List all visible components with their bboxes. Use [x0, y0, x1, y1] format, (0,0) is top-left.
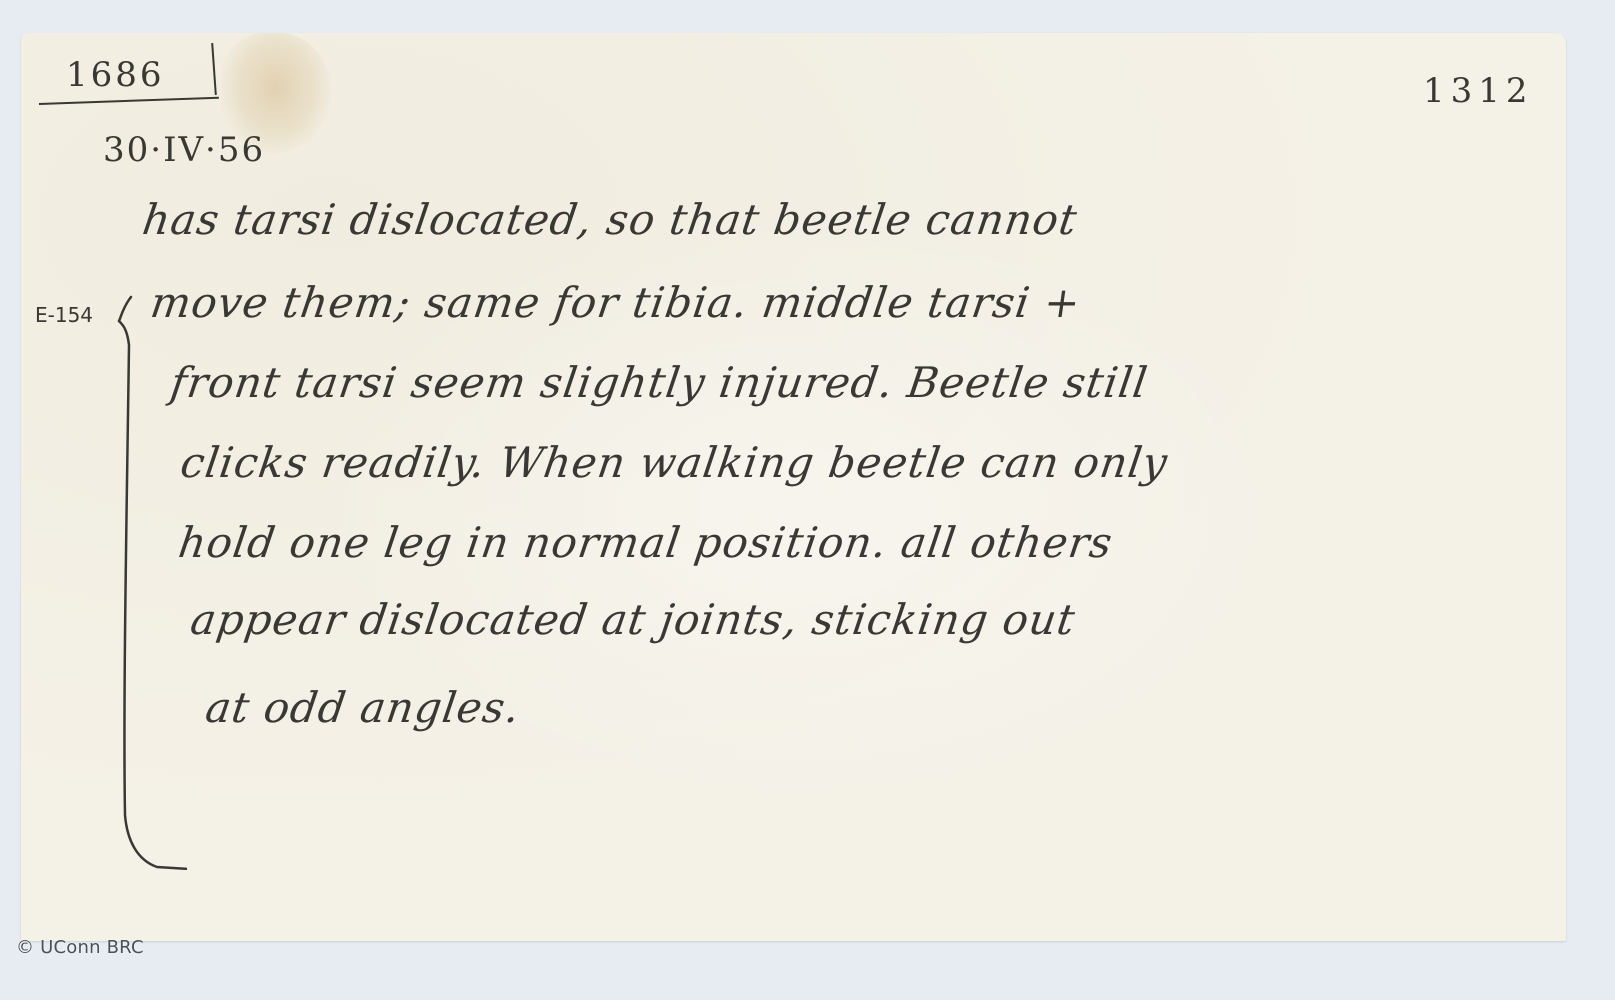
note-line: front tarsi seem slightly injured. Beetl…	[168, 358, 1151, 407]
card-number: 1312	[1423, 71, 1534, 111]
note-line: clicks readily. When walking beetle can …	[178, 438, 1171, 487]
specimen-label: E-154	[35, 303, 93, 327]
catalog-number-divider	[211, 43, 217, 95]
note-line: hold one leg in normal position. all oth…	[176, 518, 1116, 567]
copyright-watermark: © UConn BRC	[16, 937, 144, 958]
catalog-number-underline	[39, 97, 219, 105]
entry-date: 30·IV·56	[103, 130, 265, 170]
note-line: has tarsi dislocated, so that beetle can…	[140, 195, 1081, 244]
note-line: at odd angles.	[203, 683, 524, 732]
catalog-number: 1686	[66, 55, 165, 95]
note-line: move them; same for tibia. middle tarsi …	[148, 278, 1084, 327]
note-card: 1686 1312 30·IV·56 E-154 has tarsi dislo…	[21, 33, 1566, 941]
note-line: appear dislocated at joints, sticking ou…	[188, 595, 1079, 644]
